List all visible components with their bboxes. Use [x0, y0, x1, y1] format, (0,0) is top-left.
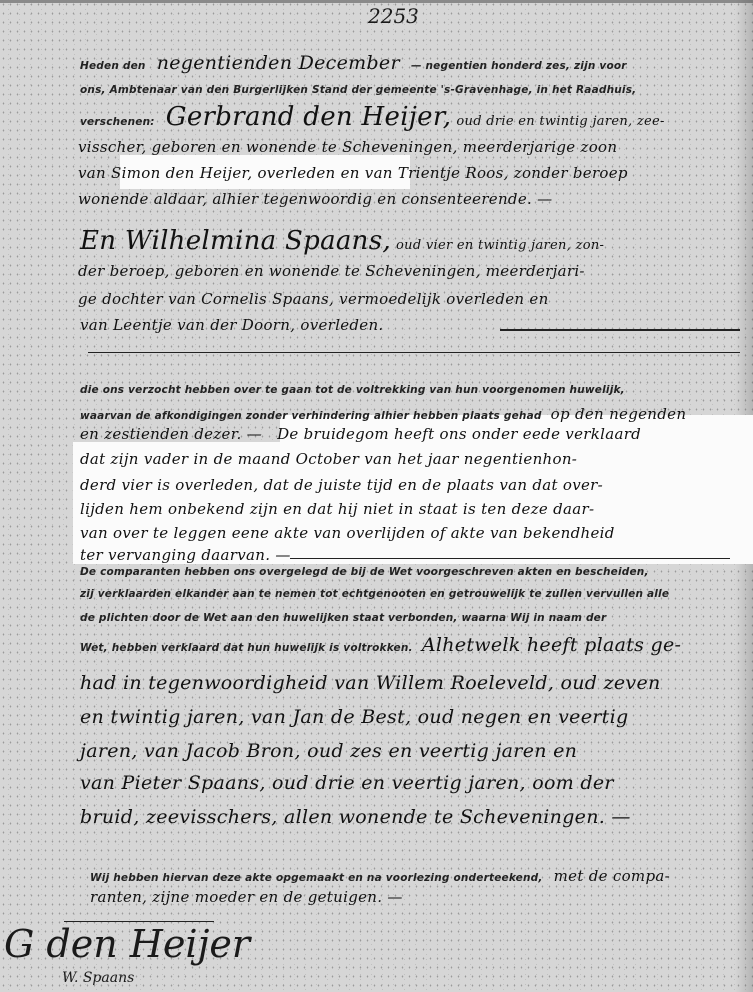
- text-line: van Leentje van der Doorn, overleden.: [80, 316, 384, 334]
- text-line: lijden hem onbekend zijn en dat hij niet…: [80, 500, 594, 518]
- text-line: wonende aldaar, alhier tegenwoordig en c…: [78, 190, 552, 208]
- text-line: had in tegenwoordigheid van Willem Roele…: [80, 672, 661, 694]
- text-line: bruid, zeevisschers, allen wonende te Sc…: [80, 806, 631, 828]
- text-line: dat zijn vader in de maand October van h…: [80, 450, 577, 468]
- text-line: verschenen: Gerbrand den Heijer, oud dri…: [80, 102, 665, 132]
- signature-bride: W. Spaans: [62, 970, 134, 986]
- text-line: waarvan de afkondigingen zonder verhinde…: [80, 404, 686, 423]
- text-line: ter vervanging daarvan. —: [80, 546, 291, 564]
- groom-name: Gerbrand den Heijer,: [166, 102, 452, 132]
- text-line: en zestienden dezer. — De bruidegom heef…: [80, 424, 641, 443]
- text-line: ge dochter van Cornelis Spaans, vermoede…: [78, 290, 549, 308]
- text-line: ons, Ambtenaar van den Burgerlijken Stan…: [80, 78, 636, 97]
- text-line: zij verklaarden elkander aan te nemen to…: [80, 588, 669, 600]
- signature-groom: G den Heijer: [4, 922, 250, 966]
- text-line: Wet, hebben verklaard dat hun huwelijk i…: [80, 634, 681, 656]
- text-line: ranten, zijne moeder en de getuigen. —: [90, 888, 403, 906]
- text-line: visscher, geboren en wonende te Scheveni…: [78, 138, 617, 156]
- fill-rule: [290, 558, 730, 559]
- text-line: de plichten door de Wet aan den huwelijk…: [80, 612, 606, 624]
- act-number: 2253: [368, 4, 419, 28]
- text-line: en twintig jaren, van Jan de Best, oud n…: [80, 706, 628, 728]
- text-line: Wij hebben hiervan deze akte opgemaakt e…: [90, 866, 670, 885]
- text-line: jaren, van Jacob Bron, oud zes en veerti…: [80, 740, 577, 762]
- text-line: De comparanten hebben ons overgelegd de …: [80, 566, 649, 578]
- text-line: derd vier is overleden, dat de juiste ti…: [80, 476, 603, 494]
- bride-name: En Wilhelmina Spaans,: [80, 226, 391, 256]
- text-line: die ons verzocht hebben over te gaan tot…: [80, 384, 625, 396]
- text-line: van over te leggen eene akte van overlij…: [80, 524, 615, 542]
- fill-rule: [500, 329, 740, 331]
- text-line: van Simon den Heijer, overleden en van T…: [78, 164, 628, 182]
- text-line: En Wilhelmina Spaans, oud vier en twinti…: [80, 226, 604, 256]
- text-line: der beroep, geboren en wonende te Scheve…: [78, 262, 585, 280]
- text-line: van Pieter Spaans, oud drie en veertig j…: [80, 772, 614, 794]
- fill-rule: [88, 352, 740, 353]
- scan-top-border: [0, 0, 753, 3]
- text-line: Heden den negentienden December — negent…: [80, 52, 627, 74]
